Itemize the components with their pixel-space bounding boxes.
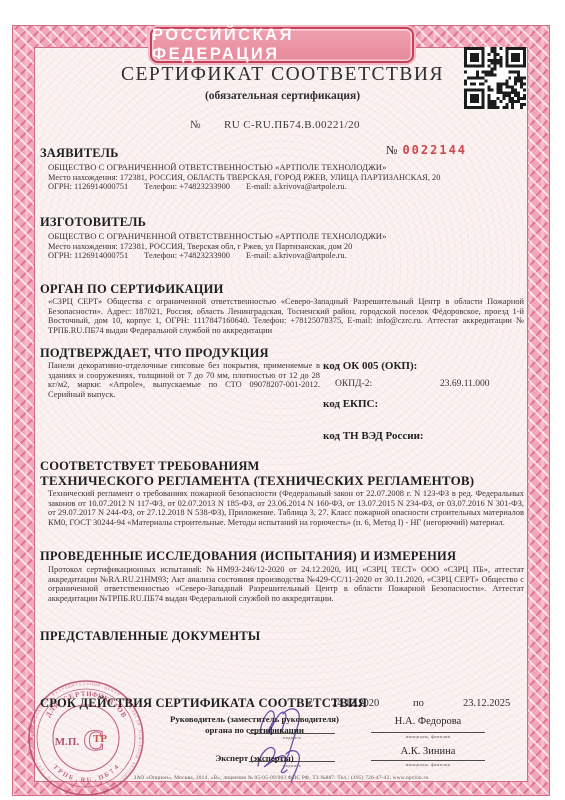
applicant-email: E-mail: a.krivova@artpole.ru. <box>246 182 347 192</box>
requirements-heading: СООТВЕТСТВУЕТ ТРЕБОВАНИЯМ <box>40 459 260 474</box>
manufacturer-address: Место нахождения: 172381, РОССИЯ, Тверск… <box>48 242 498 252</box>
head-role-label: Руководитель (заместитель руководителя) … <box>162 714 347 736</box>
number-sign: № <box>190 119 201 131</box>
print-house-footer: ЗАО «Опцион», Москва, 2014, «В», лицензи… <box>34 775 528 781</box>
tnved-code-label: код ТН ВЭД России: <box>323 430 424 442</box>
svg-text:»: » <box>33 758 38 762</box>
svg-text:А: А <box>138 741 143 744</box>
validity-to-prep: по <box>413 698 424 709</box>
okpd-label: ОКПД-2: <box>335 379 372 389</box>
okpd-value: 23.69.11.000 <box>440 379 490 389</box>
blank-serial-number: № 0022144 <box>386 143 467 158</box>
validity-to-date: 23.12.2025 <box>463 698 510 709</box>
manufacturer-contacts: ОГРН: 1126914000751 Телефон: +7482323390… <box>48 251 498 261</box>
federation-banner-label: РОССИЙСКАЯ ФЕДЕРАЦИЯ <box>152 26 412 64</box>
stamp-logo-tr: ТР <box>93 733 107 745</box>
applicant-details: ОБЩЕСТВО С ОГРАНИЧЕННОЙ ОТВЕТСТВЕННОСТЬЮ… <box>48 163 498 192</box>
documents-heading: ПРЕДСТАВЛЕННЫЕ ДОКУМЕНТЫ <box>40 629 260 644</box>
requirements-subheading: ТЕХНИЧЕСКОГО РЕГЛАМЕНТА (ТЕХНИЧЕСКИХ РЕГ… <box>40 473 474 489</box>
expert-role-label: Эксперт (эксперты) <box>162 753 347 764</box>
svg-text:4: 4 <box>113 763 121 771</box>
manufacturer-company: ОБЩЕСТВО С ОГРАНИЧЕННОЙ ОТВЕТСТВЕННОСТЬЮ… <box>48 232 498 242</box>
svg-text:О: О <box>30 726 35 730</box>
applicant-heading: ЗАЯВИТЕЛЬ <box>40 146 119 161</box>
head-name-line <box>371 732 485 733</box>
manufacturer-phone: Телефон: +74823233900 <box>144 251 230 261</box>
svg-text:Л: Л <box>83 681 86 686</box>
svg-text:И: И <box>102 786 107 792</box>
head-name: Н.А. Федорова <box>371 716 485 727</box>
tests-heading: ПРОВЕДЕННЫЕ ИССЛЕДОВАНИЯ (ИСПЫТАНИЯ) И И… <box>40 549 456 564</box>
certification-body-text: «СЗРЦ СЕРТ» Общества с ограниченной отве… <box>48 297 524 336</box>
validity-heading: СРОК ДЕЙСТВИЯ СЕРТИФИКАТА СООТВЕТСТВИЯ <box>40 696 367 711</box>
applicant-company: ОБЩЕСТВО С ОГРАНИЧЕННОЙ ОТВЕТСТВЕННОСТЬЮ… <box>48 163 498 173</box>
ekps-code-label: код ЕКПС: <box>323 398 378 410</box>
applicant-phone: Телефон: +74823233900 <box>144 182 230 192</box>
certificate-number: RU C-RU.ПБ74.В.00221/20 <box>224 119 360 131</box>
requirements-text: Технический регламент о требованиях пожа… <box>48 489 524 528</box>
okp-code-label: код ОК 005 (ОКП): <box>323 360 417 372</box>
tests-text: Протокол сертификационных испытаний: №НМ… <box>48 565 524 604</box>
head-role-line2: органа по сертификации <box>162 725 347 736</box>
manufacturer-details: ОБЩЕСТВО С ОГРАНИЧЕННОЙ ОТВЕТСТВЕННОСТЬЮ… <box>48 232 498 261</box>
manufacturer-ogrn: ОГРН: 1126914000751 <box>48 251 128 261</box>
svg-text:И: И <box>136 722 142 726</box>
head-role-line1: Руководитель (заместитель руководителя) <box>162 714 347 725</box>
svg-text:Й: Й <box>134 754 140 759</box>
svg-text:В: В <box>29 737 34 740</box>
applicant-contacts: ОГРН: 1126914000751 Телефон: +7482323390… <box>48 182 498 192</box>
expert-name: А.К. Зинина <box>371 746 485 757</box>
blank-number-sign: № <box>386 143 397 158</box>
expert-name-caption: инициалы, фамилия <box>371 762 485 767</box>
certificate-document: РОССИЙСКАЯ ФЕДЕРАЦИЯ СЕРТИФИКАТ СООТВЕТС… <box>0 0 565 800</box>
manufacturer-heading: ИЗГОТОВИТЕЛЬ <box>40 215 146 230</box>
expert-name-line <box>371 760 485 761</box>
svg-text:Й: Й <box>97 682 101 688</box>
svg-text:•: • <box>96 789 99 794</box>
head-name-caption: инициалы, фамилия <box>371 734 485 739</box>
certification-body-heading: ОРГАН ПО СЕРТИФИКАЦИИ <box>40 282 224 297</box>
stamp-mp-label: М.П. <box>55 736 80 748</box>
qr-code <box>464 47 526 109</box>
manufacturer-email: E-mail: a.krivova@artpole.ru. <box>246 251 347 261</box>
product-description: Панели декоративно-отделочные гипсовые б… <box>48 361 320 400</box>
applicant-address: Место нахождения: 172381, РОССИЯ, ОБЛАСТ… <box>48 173 498 183</box>
federation-banner: РОССИЙСКАЯ ФЕДЕРАЦИЯ <box>150 27 414 63</box>
product-heading: ПОДТВЕРЖДАЕТ, ЧТО ПРОДУКЦИЯ <box>40 346 269 361</box>
applicant-ogrn: ОГРН: 1126914000751 <box>48 182 128 192</box>
blank-number-value: 0022144 <box>402 143 467 157</box>
svg-text:О: О <box>65 786 70 792</box>
